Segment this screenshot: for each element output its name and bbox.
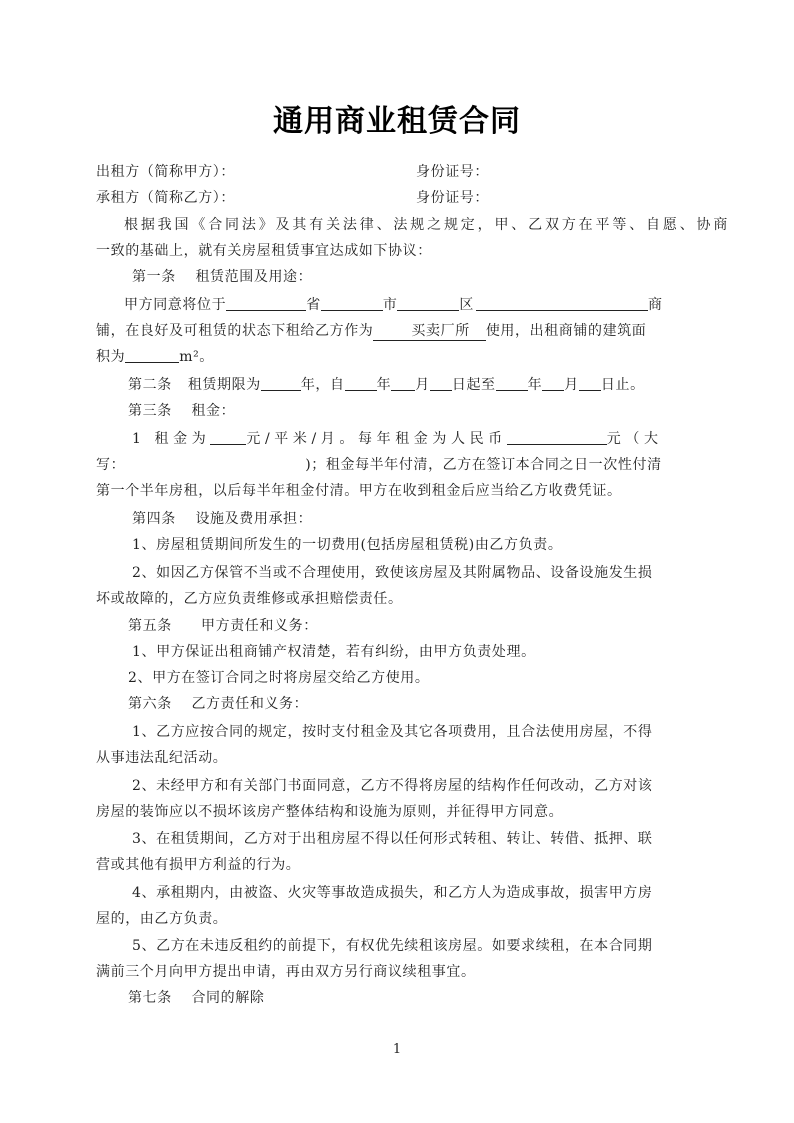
lessor-line: 出租方（简称甲方）： 身份证号： <box>96 163 700 181</box>
start-month-label: 月 <box>415 377 430 393</box>
preamble-line-2: 一致的基础上，就有关房屋租赁事宜达成如下协议： <box>96 242 700 260</box>
use-text: 铺，在良好及可租赁的状态下租给乙方作为 <box>96 323 373 339</box>
province-label: 省 <box>306 297 321 313</box>
start-year-blank[interactable] <box>345 376 377 391</box>
start-month-blank[interactable] <box>391 376 415 391</box>
rent-per-sqm-blank[interactable] <box>210 430 246 445</box>
lessee-line: 承租方（简称乙方）： 身份证号： <box>96 189 700 207</box>
lessor-label: 出租方（简称甲方）： <box>96 164 235 180</box>
end-month-blank[interactable] <box>542 376 564 391</box>
district-label: 区 <box>459 297 474 313</box>
annual-rent-blank[interactable] <box>507 430 607 445</box>
article-6-item-3-line-1: 3、在租赁期间，乙方对于出租房屋不得以任何形式转租、转让、转借、抵押、联 <box>96 830 736 848</box>
article-2-line: 第二条租赁期限为年，自年月日起至年月日止。 <box>96 376 732 394</box>
lessor-id-label: 身份证号： <box>416 163 489 181</box>
city-blank[interactable] <box>321 296 383 311</box>
end-year-blank[interactable] <box>496 376 528 391</box>
end-day-blank[interactable] <box>579 376 601 391</box>
article-4-heading: 第四条 设施及费用承担： <box>96 510 736 528</box>
shop-label: 商 <box>648 297 663 313</box>
location-text: 甲方同意将位于 <box>124 297 226 313</box>
article-6-item-1-line-1: 1、乙方应按合同的规定，按时支付租金及其它各项费用，且合法使用房屋，不得 <box>96 723 736 741</box>
article-6-item-4-line-2: 屋的，由乙方负责。 <box>96 910 700 928</box>
article-6-item-5-line-2: 满前三个月向甲方提出申请，再由双方另行商议续租事宜。 <box>96 963 700 981</box>
article-3-rent-line: 1 租金为元/平米/月。每年租金为人民币元（大 <box>96 430 736 448</box>
end-day-label: 日止。 <box>601 377 645 393</box>
article-4-item-2-line-1: 2、如因乙方保管不当或不合理使用，致使该房屋及其附属物品、设备设施发生损 <box>96 564 736 582</box>
document-title: 通用商业租赁合同 <box>0 96 794 140</box>
article-6-item-4-line-1: 4、承租期内，由被盗、火灾等事故造成损失，和乙方人为造成事故，损害甲方房 <box>96 884 736 902</box>
term-year-label: 年，自 <box>301 377 345 393</box>
end-month-label: 月 <box>564 377 579 393</box>
article-3-receipt-line: 第一个半年房租，以后每半年租金付清。甲方在收到租金后应当给乙方收费凭证。 <box>96 482 700 500</box>
article-4-item-1: 1、房屋租赁期间所发生的一切费用(包括房屋租赁税)由乙方负责。 <box>96 536 736 554</box>
use-text-2: 使用，出租商铺的建筑面 <box>486 323 647 339</box>
article-3-capital-line: 写：)；租金每半年付清，乙方在签订本合同之日一次性付清 <box>96 456 700 474</box>
use-value: 买卖厂所 <box>411 323 469 339</box>
article-2-heading: 第二条 <box>128 377 172 393</box>
article-1-use-line: 铺，在良好及可租赁的状态下租给乙方作为买卖厂所使用，出租商铺的建筑面 <box>96 322 700 341</box>
term-text: 租赁期限为 <box>188 377 261 393</box>
rent-capital-label: 元（大 <box>607 431 663 447</box>
area-unit: m²。 <box>179 349 214 365</box>
page-number: 1 <box>0 1042 794 1057</box>
lessee-id-label: 身份证号： <box>416 189 489 207</box>
preamble-line-1: 根据我国《合同法》及其有关法律、法规之规定，甲、乙双方在平等、自愿、协商 <box>96 216 728 234</box>
article-5-heading: 第五条 甲方责任和义务： <box>96 617 732 635</box>
start-day-blank[interactable] <box>430 376 452 391</box>
article-4-item-2-line-2: 坏或故障的，乙方应负责维修或承担赔偿责任。 <box>96 590 700 608</box>
rent-text: 1 租金为 <box>132 431 210 447</box>
city-label: 市 <box>383 297 398 313</box>
term-years-blank[interactable] <box>261 376 301 391</box>
area-text: 积为 <box>96 349 125 365</box>
article-1-location-line: 甲方同意将位于省市区商 <box>96 296 728 314</box>
rent-annual-text: 元/平米/月。每年租金为人民币 <box>246 431 506 447</box>
start-year-label: 年 <box>377 377 392 393</box>
address-blank[interactable] <box>476 296 648 311</box>
province-blank[interactable] <box>226 296 306 311</box>
capital-label: 写： <box>96 457 125 473</box>
article-5-item-2: 2、甲方在签订合同之时将房屋交给乙方使用。 <box>96 669 732 687</box>
payment-terms-text: )；租金每半年付清，乙方在签订本合同之日一次性付清 <box>305 457 661 473</box>
end-year-label: 年 <box>528 377 543 393</box>
article-3-heading: 第三条 租金： <box>96 402 732 420</box>
article-6-item-2-line-1: 2、未经甲方和有关部门书面同意，乙方不得将房屋的结构作任何改动，乙方对该 <box>96 777 736 795</box>
article-6-item-1-line-2: 从事违法乱纪活动。 <box>96 749 700 767</box>
article-6-item-5-line-1: 5、乙方在未违反租约的前提下，有权优先续租该房屋。如要求续租，在本合同期 <box>96 937 736 955</box>
article-1-area-line: 积为m²。 <box>96 348 700 366</box>
article-6-item-3-line-2: 营或其他有损甲方利益的行为。 <box>96 856 700 874</box>
article-6-item-2-line-2: 房屋的装饰应以不损坏该房产整体结构和设施为原则，并征得甲方同意。 <box>96 803 700 821</box>
area-blank[interactable] <box>125 348 179 363</box>
district-blank[interactable] <box>397 296 459 311</box>
use-blank[interactable]: 买卖厂所 <box>373 322 485 341</box>
document-page: 通用商业租赁合同 出租方（简称甲方）： 身份证号： 承租方（简称乙方）： 身份证… <box>0 0 794 1123</box>
article-7-heading: 第七条 合同的解除 <box>96 989 732 1007</box>
article-6-heading: 第六条 乙方责任和义务： <box>96 695 732 713</box>
lessee-label: 承租方（简称乙方）： <box>96 190 235 206</box>
start-day-label: 日起至 <box>452 377 496 393</box>
article-5-item-1: 1、甲方保证出租商铺产权清楚，若有纠纷，由甲方负责处理。 <box>96 643 736 661</box>
article-1-heading: 第一条 租赁范围及用途： <box>96 268 736 286</box>
